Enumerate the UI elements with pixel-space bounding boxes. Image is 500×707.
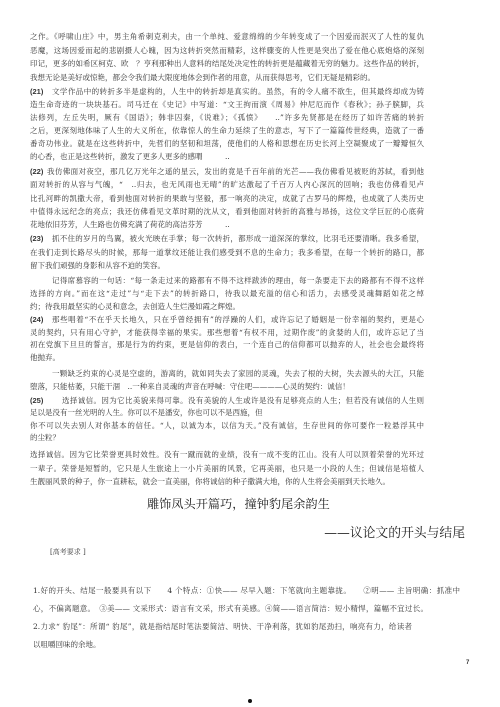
essay-line: 的心香，也正是这些转折，激发了更多人更多的感喟 ..: [30, 152, 424, 162]
essay-line: 他抛弃。: [30, 353, 424, 363]
essay-line: 我想无论是美好或惊艳，都会令我们最大限度地体会到作者的用意，从而获得思考，它们无…: [30, 73, 424, 83]
document-page: 之作。《呼啸山庄》中，男主角希刺克利夫，由一个单纯、爱意绵绵的少年转变成了一个因…: [0, 0, 500, 707]
section-subtitle: ——议论文的开头与结尾: [324, 526, 465, 541]
essay-line: 在我们走到长路尽头的时候，那每一道掌纹还能让我们感受到不息的生命力；我多希望，在…: [30, 248, 424, 258]
essay-line: 印记，更多的如希区柯克、欧 ？亨利那种出人意料的结尾处决定性的转折更是蕴藏着无穷…: [30, 59, 424, 69]
paragraph-number: (22): [30, 167, 43, 177]
requirement-label: [高考要求 ]: [50, 547, 86, 557]
essay-line: 中值得永远纪念的亮点；我还仿佛看见文革时期的沈从文，看到他面对转折的高雅与昂扬，…: [30, 207, 424, 217]
essay-line: 法修列，左丘失明，厥有《国语》；韩非囚秦，《说难》；《孤愤》 ..”许多先贤都是…: [30, 113, 424, 123]
essay-line: 约；待我用最坚实的心灵和意念，去创造人生烂漫如霞之辉煌。: [30, 302, 424, 312]
essay-line: 堕落，只能枯萎，只能干涸 ..一种来自灵魂的声音在呼喊：守住吧————心灵的契约…: [30, 382, 424, 392]
bullet-dot-icon: [248, 699, 252, 703]
essay-line: 选择诚信。因为它比荣誉更具时效性。没有一蹴而就的业绩，没有一成不变的江山。没有人…: [30, 450, 424, 460]
essay-line: 灵的契约，只有用心守护，才能获得幸福的果实。那些想着“有权不用，过期作废”的贪婪…: [30, 328, 424, 338]
essay-line: 那些唱着“不在乎天长地久，只在乎曾经拥有”的浮躁的人们，或许忘记了婚姻是一份幸福…: [52, 315, 424, 325]
essay-line: 番奇功伟业。就是在这些转折中，先哲们的坚韧和坦荡，使他们的人格和思想在历史长河上…: [30, 139, 424, 149]
point-line: 2.力求“ 豹尾”：所谓“ 豹尾”，就是指结尾时笔法要简洁、明快、干净利落，犹如…: [33, 622, 412, 632]
paragraph-number: (25): [30, 396, 43, 406]
essay-line: 抓不住的岁月的鸟翼，被火光映在手掌；每一次转折，都形成一道深深的掌纹，比羽毛还要…: [52, 234, 424, 244]
essay-line: 选择诚信。因为它比美貌来得可靠。没有美貌的人生或许是没有足够亮点的人生；但若没有…: [62, 396, 424, 406]
essay-line: 恶魔，这场因爱而起的悲剧摄人心魄，因为这转折突然而精彩，这样骤变的人性更是突出了…: [30, 46, 424, 56]
essay-line: 造生命奇迹的一块块基石。司马迁在《史记》中写道：“文王拘而演《周易》仲尼厄而作《…: [30, 100, 424, 110]
paragraph-number: (23): [30, 234, 43, 244]
essay-line: 一颗缺乏约束的心灵是空虚的，游离的，就如同失去了家园的灵魂，失去了根的大树，失去…: [52, 369, 424, 379]
essay-line: 选择的方向。”而在这“走过”与“走下去”的转折路口，待我以最充溢的信心和活力，去…: [30, 289, 424, 299]
essay-line: 一辈子。荣誉是短暂的，它只是人生旅途上一小片美丽的风景，它再美丽，也只是一小段的…: [30, 464, 424, 474]
essay-line: 面对转折的从容与气魄，“ ..归去，也无风雨也无晴”的旷达激起了千百万人内心深沉…: [30, 180, 424, 190]
essay-line: 比孔河畔的凯撒大帝，看到他面对转折的果敢与坚毅，那一响亮的决定，成就了古罗马的辉…: [30, 194, 424, 204]
point-line: 以咀嚼回味的余地。: [33, 640, 427, 650]
essay-line: 文学作品中的转折多半是虚构的，人生中的转折却是真实的。虽然，有的令人痛不欲生，但…: [52, 87, 424, 97]
essay-line: 你不可以失去别人对你基本的信任。“人，以诚为本，以信为天。”没有诚信，生存世间的…: [30, 421, 424, 431]
point-line: 1.好的开头、结尾一般要具有以下 4 个特点：①快—— 尽早入题：下笔就向主题靠…: [33, 586, 460, 596]
essay-line: 花地依旧芬芳，人生路也仿佛充满了荷花的高洁芬芳 ..: [30, 220, 424, 230]
essay-line: 足以是没有一丝光明的人生。你可以不是潘安，你也可以不是西施，但: [30, 408, 424, 418]
essay-line: 之后，更深刻地体味了人生的大义所在，依靠惊人的生命力延续了生的意志，写下了一篇篇…: [30, 126, 424, 136]
essay-line: 留下我们顽强的身影和从容不迫的笑容。: [30, 261, 424, 271]
essay-line: 初在党旗下旦旦的誓言，那是行为的约束，更是信仰的表白，一个连自己的信仰都可以抛弃…: [30, 340, 424, 350]
essay-line: 记得席慕容的一句话：“每一条走过来的路都有不得不这样跋涉的理由，每一条要走下去的…: [52, 276, 424, 286]
page-number: 7: [466, 659, 469, 667]
paragraph-number: (21): [30, 87, 43, 97]
point-line: 心，不偏离题意。 ③美—— 文采形式：语言有文采，形式有美感。④简——语言简洁：…: [33, 604, 428, 614]
paragraph-number: (24): [30, 315, 43, 325]
essay-line: 的尘粒？: [30, 433, 424, 443]
section-title: 雕饰凤头开篇巧，撞钟豹尾余韵生: [147, 497, 330, 512]
essay-line: 生靓丽风景的种子，你一直耕耘，就会一直美丽，你将诚信的种子撒满大地，你的人生将会…: [30, 477, 424, 487]
essay-line: 之作。《呼啸山庄》中，男主角希刺克利夫，由一个单纯、爱意绵绵的少年转变成了一个因…: [30, 32, 424, 42]
essay-line: 我仿佛面对夜空，那几亿万光年之遥的星云，发出的竟是千百年前的光芒——我仿佛看见被…: [47, 167, 424, 177]
